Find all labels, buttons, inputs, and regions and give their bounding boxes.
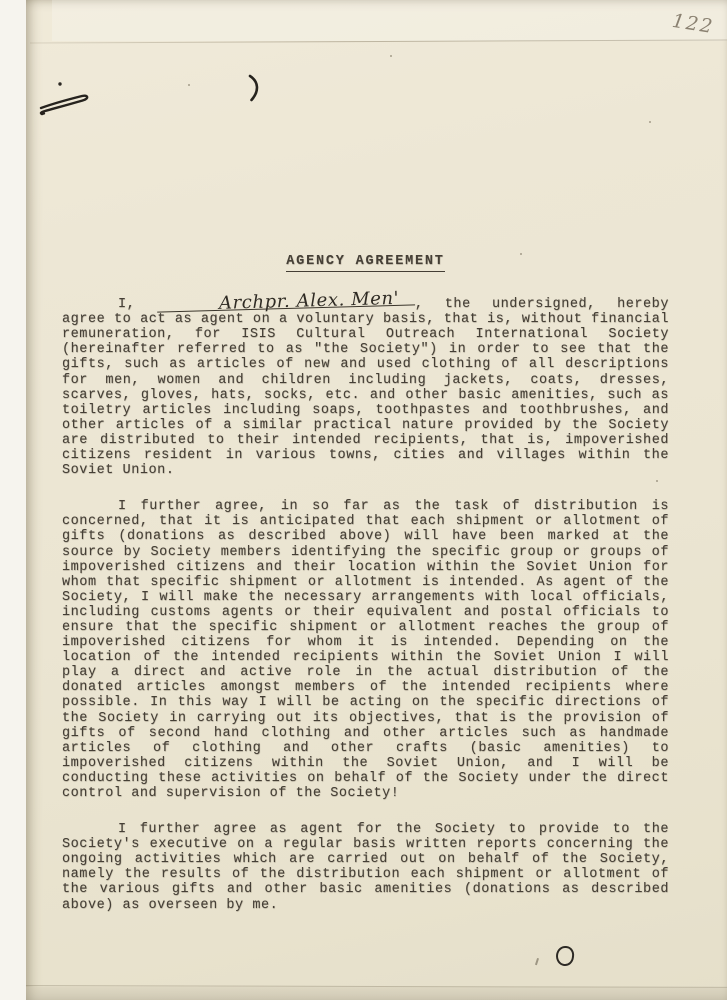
pen-squiggle-mark [36,80,96,122]
pen-curve-mark [247,74,264,103]
paragraph-distribution-duties: I further agree, in so far as the task o… [62,499,669,801]
scanned-document-page: 122 AGENCY AGREEMENT I, Archpr. Alex. Me… [0,0,727,1000]
paper-bottom-edge [26,987,727,1000]
document-title: AGENCY AGREEMENT [62,254,669,269]
document-title-text: AGENCY AGREEMENT [286,254,444,272]
ink-speck [649,121,651,123]
paper-top-band [52,0,727,41]
intro-lead-text: I, [118,297,157,312]
paragraph-agreement-intro: I, Archpr. Alex. Men', the undersigned, … [62,297,669,478]
typewritten-text-block: AGENCY AGREEMENT I, Archpr. Alex. Men', … [62,254,669,913]
handwritten-name: Archpr. Alex. Men' [156,294,415,312]
intro-body-text: , the undersigned, hereby agree to act a… [62,297,669,478]
ink-speck [390,55,392,57]
ink-speck [188,84,190,86]
paragraph-reporting-duties: I further agree as agent for the Society… [62,822,669,913]
